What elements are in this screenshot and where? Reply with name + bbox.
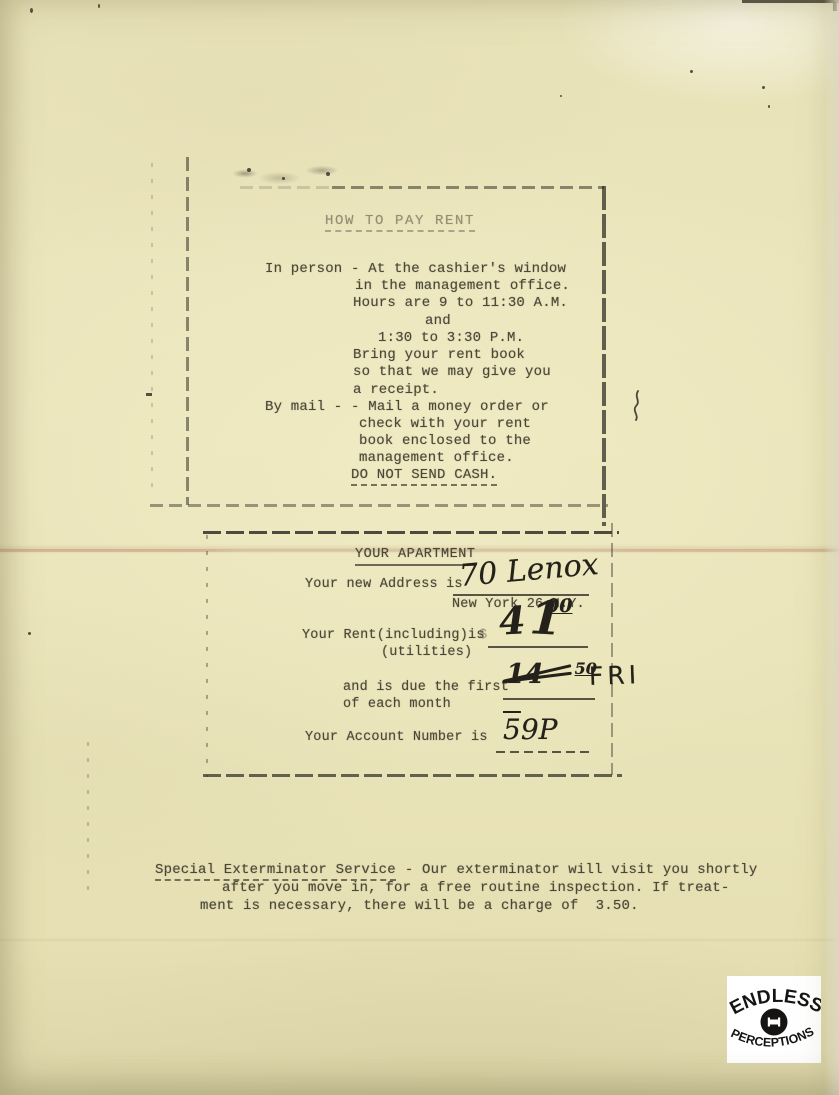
paper-speck (28, 632, 31, 635)
box1-top-border-faded (240, 186, 330, 189)
due-crossed-out-value: 1450 (506, 659, 566, 690)
paper-speck (98, 4, 100, 8)
box1-left-border (186, 157, 189, 505)
logo-record-center (778, 1018, 780, 1027)
exterminator-heading: Special Exterminator Service (155, 862, 396, 881)
box1-bottom-border (150, 504, 608, 507)
typed-line: so that we may give you (353, 364, 551, 380)
account-label: Your Account Number is (305, 730, 488, 746)
rent-handwritten-digit: 4 (498, 597, 527, 643)
rent-currency: $ (479, 628, 487, 644)
box1-top-border (332, 186, 604, 189)
box1-title: HOW TO PAY RENT (325, 213, 475, 232)
box2-right-border (611, 523, 613, 775)
typed-line: check with your rent (359, 416, 531, 432)
ink-squiggle-mark (630, 390, 644, 422)
typed-line: a receipt. (353, 382, 439, 398)
typed-line: and (425, 313, 451, 329)
faint-crease (0, 938, 839, 942)
rent-label: Your Rent(including)is (302, 628, 485, 644)
paper-speck (690, 70, 693, 73)
account-value-rest: 9P (521, 713, 558, 746)
paper-speck (762, 86, 765, 89)
typed-line: Hours are 9 to 11:30 A.M. (353, 295, 568, 311)
address-label: Your new Address is (305, 577, 463, 593)
do-not-send-cash-line: DO NOT SEND CASH. (351, 467, 497, 486)
due-label-line1: and is due the first (343, 680, 509, 696)
due-blank-line (503, 698, 595, 700)
typed-line: in the management office. (355, 278, 570, 294)
box2-left-border (206, 535, 208, 777)
page-edge-highlight (824, 0, 839, 1095)
due-label-line2: of each month (343, 697, 451, 713)
address-handwritten-value: 70 Lenox (458, 547, 600, 594)
due-handwritten-value: FRI (589, 660, 641, 691)
logo-record-center (768, 1018, 770, 1027)
typed-line: Bring your rent book (353, 347, 525, 363)
account-value-first: 5 (503, 713, 521, 746)
exterminator-line3: ment is necessary, there will be a charg… (200, 898, 639, 914)
box2-top-border (203, 531, 619, 534)
endless-perceptions-logo: ENDLESS PERCEPTIONS (727, 976, 821, 1063)
exterminator-line2: after you move in, for a free routine in… (222, 880, 729, 896)
logo-record-center (769, 1020, 779, 1025)
account-blank-line (496, 751, 591, 753)
box1-right-border (602, 186, 606, 526)
rent-handwritten-cents: 00 (546, 595, 572, 617)
faint-dotted-line (87, 742, 89, 892)
typed-line: In person - At the cashier's window (265, 261, 566, 277)
rent-blank-line (488, 646, 588, 648)
typed-line: management office. (359, 450, 514, 466)
box2-bottom-border (203, 774, 622, 777)
account-handwritten-value: 59P (503, 713, 557, 746)
scanned-rent-notice-page: HOW TO PAY RENT In person - At the cashi… (0, 0, 839, 1095)
typed-line: By mail - - Mail a money order or (265, 399, 549, 415)
how-to-pay-rent-box: HOW TO PAY RENT In person - At the cashi… (185, 155, 605, 507)
paper-speck (768, 105, 770, 108)
typed-line: book enclosed to the (359, 433, 531, 449)
your-apartment-box: YOUR APARTMENT Your new Address is 70 Le… (203, 531, 623, 777)
paper-speck (30, 8, 33, 13)
utilities-label: (utilities) (381, 645, 472, 661)
paper-speck (560, 95, 562, 97)
typed-line: 1:30 to 3:30 P.M. (378, 330, 524, 346)
exterminator-heading-rest: - Our exterminator will visit you shortl… (405, 862, 758, 878)
box1-outer-left-border (151, 163, 153, 498)
